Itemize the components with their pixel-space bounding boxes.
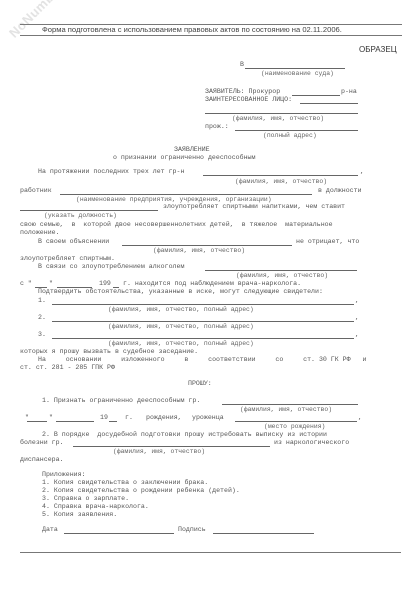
since-prefix: с " (20, 280, 32, 287)
witness-1-field[interactable] (52, 304, 354, 305)
address-field[interactable] (235, 130, 358, 131)
doc-subtitle: о признании ограниченно дееспособным (113, 154, 255, 161)
witness-2-num: 2. (38, 314, 46, 321)
since-quote: " (49, 280, 53, 287)
attachment-5: 5. Копия заявления. (42, 511, 117, 518)
attachment-4: 4. Справка врача-нарколога. (42, 503, 149, 510)
family-line-2: положение. (20, 229, 60, 236)
item2-from: из наркологического (274, 439, 349, 446)
citizen-name-field[interactable] (203, 175, 358, 176)
witness-2-caption: (фамилия, имя, отчество, полный адрес) (108, 323, 254, 330)
since-rest: г. находится под наблюдением врача-нарко… (123, 280, 301, 287)
native-label: уроженца (192, 414, 224, 421)
footer-rule (20, 552, 401, 553)
birth-day-field[interactable] (27, 421, 47, 422)
item2-name-field[interactable] (73, 446, 270, 447)
request-item-1: 1. Признать ограниченно дееспособным гр. (42, 397, 200, 404)
court-caption: (наименование суда) (261, 70, 334, 77)
interested-field-2[interactable] (205, 113, 358, 114)
birth-open-quote: " (25, 414, 29, 421)
signature-field[interactable] (213, 533, 314, 534)
item2-start: болезни гр. (20, 439, 64, 446)
date-label: Дата (42, 526, 58, 533)
birth-g: г. (125, 414, 133, 421)
p1-start: На протяжении последних трех лет гр-н (38, 168, 184, 175)
basis-line-2: ст. ст. 281 - 285 ГПК РФ (20, 364, 115, 371)
birth-comma: , (358, 414, 362, 421)
interested-field[interactable] (300, 103, 358, 104)
witness-1-caption: (фамилия, имя, отчество, полный адрес) (108, 306, 254, 313)
birth-month-field[interactable] (56, 421, 94, 422)
request-name-field[interactable] (222, 404, 358, 405)
witness-1-num: 1. (38, 297, 46, 304)
sample-label: ОБРАЗЕЦ (359, 45, 397, 54)
org-caption: (наименование предприятия, учреждения, о… (76, 196, 272, 203)
basis-line-1: На основании изложенного в соответствии … (38, 356, 366, 363)
attachment-2: 2. Копия свидетельства о рождении ребенк… (42, 487, 240, 494)
witness-3-field[interactable] (52, 338, 354, 339)
item2-end: диспансера. (20, 456, 64, 463)
witness-1-comma: , (355, 297, 359, 304)
form-note: Форма подготовлена с использованием прав… (42, 25, 342, 34)
in-position-label: в должности (318, 187, 362, 194)
birth-close-quote: " (49, 414, 53, 421)
not-deny-text: не отрицает, что (296, 238, 359, 245)
abuses-spirits: злоупотребляет спиртным. (20, 255, 115, 262)
witness-3-caption: (фамилия, имя, отчество, полный адрес) (108, 340, 254, 347)
to-prefix: В (240, 61, 244, 68)
witness-2-comma: , (355, 314, 359, 321)
item2-fio-caption: (фамилия, имя, отчество) (113, 448, 205, 455)
applicant-district-field[interactable] (292, 95, 340, 96)
explanations-start: В своем объяснении (38, 238, 109, 245)
birth-word: рождения, (146, 414, 182, 421)
address-caption: (полный адрес) (263, 132, 317, 139)
explanation-name-field[interactable] (122, 245, 292, 246)
court-field[interactable] (245, 68, 345, 69)
attachment-1: 1. Копия свидетельства о заключении брак… (42, 479, 208, 486)
date-field[interactable] (64, 533, 174, 534)
request-item-2: 2. В порядке досудебной подготовки прошу… (42, 431, 327, 438)
birth-year-field[interactable] (109, 421, 117, 422)
request-heading: ПРОШУ: (188, 380, 212, 387)
interested-label: ЗАИНТЕРЕСОВАННОЕ ЛИЦО: (205, 96, 292, 103)
position-field[interactable] (20, 210, 158, 211)
address-label: прож.: (205, 123, 229, 130)
interested-fio-caption: (фамилия, имя, отчество) (232, 115, 324, 122)
witness-3-comma: , (355, 331, 359, 338)
alcohol-start: В связи со злоупотреблением алкоголем (38, 263, 184, 270)
birthplace-field[interactable] (235, 421, 357, 422)
witness-3-num: 3. (38, 331, 46, 338)
applicant-label: ЗАЯВИТЕЛЬ: Прокурор (205, 88, 280, 95)
position-caption: (указать должность) (44, 212, 117, 219)
alcohol-name-field[interactable] (205, 270, 357, 271)
explanation-fio-caption: (фамилия, имя, отчество) (153, 247, 245, 254)
request-fio-caption: (фамилия, имя, отчество) (240, 406, 332, 413)
applicant-suffix: р-на (341, 88, 357, 95)
since-year: 199 (99, 280, 111, 287)
abuses-text: злоупотребляет спиртными напитками, чем … (163, 203, 345, 210)
alcohol-fio-caption: (фамилия, имя, отчество) (236, 272, 328, 279)
attachment-3: 3. Справка о зарплате. (42, 495, 129, 502)
citizen-fio-caption: (фамилия, имя, отчество) (235, 178, 327, 185)
header-bottom-rule (20, 35, 402, 36)
employer-field[interactable] (60, 194, 312, 195)
worker-label: работник (20, 187, 52, 194)
family-line-1: свою семью, в которой двое несовершеннол… (20, 221, 333, 228)
birthplace-caption: (место рождения) (264, 423, 325, 430)
summon-text: которых я прошу вызвать в судебное засед… (20, 348, 198, 355)
sign-label: Подпись (178, 526, 206, 533)
p1-comma: , (360, 168, 364, 175)
attachments-heading: Приложения: (42, 471, 86, 478)
doc-title: ЗАЯВЛЕНИЕ (174, 146, 210, 153)
birth-year-prefix: 19 (100, 414, 108, 421)
witnesses-intro: Подтвердить обстоятельства, указанные в … (38, 288, 323, 295)
witness-2-field[interactable] (52, 321, 354, 322)
